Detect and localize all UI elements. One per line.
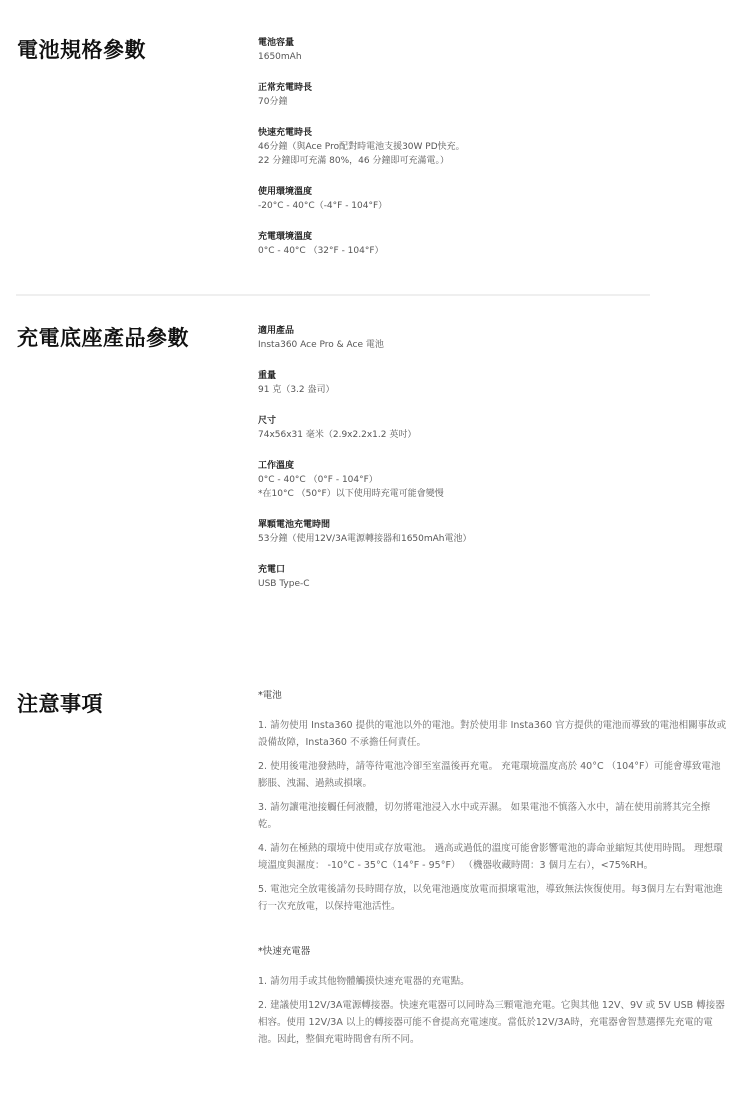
spec-working-temp: 工作溫度 0°C - 40°C （0°F - 104°F） *在10°C （50… — [258, 459, 658, 501]
note-item: 4. 請勿在極熱的環境中使用或存放電池。 過高或過低的溫度可能會影響電池的壽命並… — [258, 840, 728, 874]
note-item: 3. 請勿讓電池接觸任何液體，切勿將電池浸入水中或弄濕。 如果電池不慎落入水中，… — [258, 799, 728, 833]
spec-charging-temp: 充電環境溫度 0°C - 40°C （32°F - 104°F） — [258, 230, 658, 258]
spec-value: 74x56x31 毫米（2.9x2.2x1.2 英吋） — [258, 428, 658, 442]
note-group-fast-charger: *快速充電器 1. 請勿用手或其他物體觸摸快速充電器的充電點。 2. 建議使用1… — [258, 945, 728, 1048]
section-divider — [16, 294, 650, 296]
spec-label: 尺寸 — [258, 414, 658, 428]
spec-value: 0°C - 40°C （0°F - 104°F） *在10°C （50°F）以下… — [258, 473, 658, 501]
battery-specs-title: 電池規格參數 — [17, 34, 146, 64]
spec-compatible-products: 適用產品 Insta360 Ace Pro & Ace 電池 — [258, 324, 658, 352]
notes-list: *電池 1. 請勿使用 Insta360 提供的電池以外的電池。對於使用非 In… — [258, 689, 728, 1078]
spec-charging-port: 充電口 USB Type-C — [258, 563, 658, 591]
spec-label: 工作溫度 — [258, 459, 658, 473]
spec-value: 53分鐘（使用12V/3A電源轉接器和1650mAh電池） — [258, 532, 658, 546]
spec-weight: 重量 91 克（3.2 盎司） — [258, 369, 658, 397]
spec-label: 使用環境溫度 — [258, 185, 658, 199]
spec-value: 46分鐘（與Ace Pro配對時電池支援30W PD快充。 22 分鐘即可充滿 … — [258, 140, 658, 168]
spec-value: Insta360 Ace Pro & Ace 電池 — [258, 338, 658, 352]
note-item: 1. 請勿使用 Insta360 提供的電池以外的電池。對於使用非 Insta3… — [258, 717, 728, 751]
spec-value: 70分鐘 — [258, 95, 658, 109]
spec-value: 91 克（3.2 盎司） — [258, 383, 658, 397]
spec-single-battery-charge-time: 單顆電池充電時間 53分鐘（使用12V/3A電源轉接器和1650mAh電池） — [258, 518, 658, 546]
spec-operating-temp: 使用環境溫度 -20°C - 40°C（-4°F - 104°F） — [258, 185, 658, 213]
spec-label: 重量 — [258, 369, 658, 383]
note-item: 1. 請勿用手或其他物體觸摸快速充電器的充電點。 — [258, 973, 728, 990]
dock-specs-title: 充電底座產品參數 — [17, 322, 189, 352]
spec-label: 單顆電池充電時間 — [258, 518, 658, 532]
note-group-battery: *電池 1. 請勿使用 Insta360 提供的電池以外的電池。對於使用非 In… — [258, 689, 728, 915]
spec-value: 0°C - 40°C （32°F - 104°F） — [258, 244, 658, 258]
spec-value: -20°C - 40°C（-4°F - 104°F） — [258, 199, 658, 213]
note-item: 5. 電池完全放電後請勿長時間存放，以免電池過度放電而損壞電池，導致無法恢復使用… — [258, 881, 728, 915]
note-item: 2. 建議使用12V/3A電源轉接器。快速充電器可以同時為三顆電池充電。它與其他… — [258, 997, 728, 1048]
spec-label: 快速充電時長 — [258, 126, 658, 140]
spec-label: 電池容量 — [258, 36, 658, 50]
spec-label: 充電口 — [258, 563, 658, 577]
spec-value: USB Type-C — [258, 577, 658, 591]
notes-title: 注意事項 — [17, 688, 103, 718]
spec-battery-capacity: 電池容量 1650mAh — [258, 36, 658, 64]
note-item: 2. 使用後電池發熱時，請等待電池冷卻至室溫後再充電。 充電環境溫度高於 40°… — [258, 758, 728, 792]
spec-label: 正常充電時長 — [258, 81, 658, 95]
spec-label: 適用產品 — [258, 324, 658, 338]
spec-normal-charge-time: 正常充電時長 70分鐘 — [258, 81, 658, 109]
note-group-heading: *電池 — [258, 689, 728, 703]
spec-label: 充電環境溫度 — [258, 230, 658, 244]
spec-fast-charge-time: 快速充電時長 46分鐘（與Ace Pro配對時電池支援30W PD快充。 22 … — [258, 126, 658, 168]
battery-specs-list: 電池容量 1650mAh 正常充電時長 70分鐘 快速充電時長 46分鐘（與Ac… — [258, 36, 658, 275]
dock-specs-list: 適用產品 Insta360 Ace Pro & Ace 電池 重量 91 克（3… — [258, 324, 658, 608]
spec-value: 1650mAh — [258, 50, 658, 64]
note-group-heading: *快速充電器 — [258, 945, 728, 959]
spec-dimensions: 尺寸 74x56x31 毫米（2.9x2.2x1.2 英吋） — [258, 414, 658, 442]
